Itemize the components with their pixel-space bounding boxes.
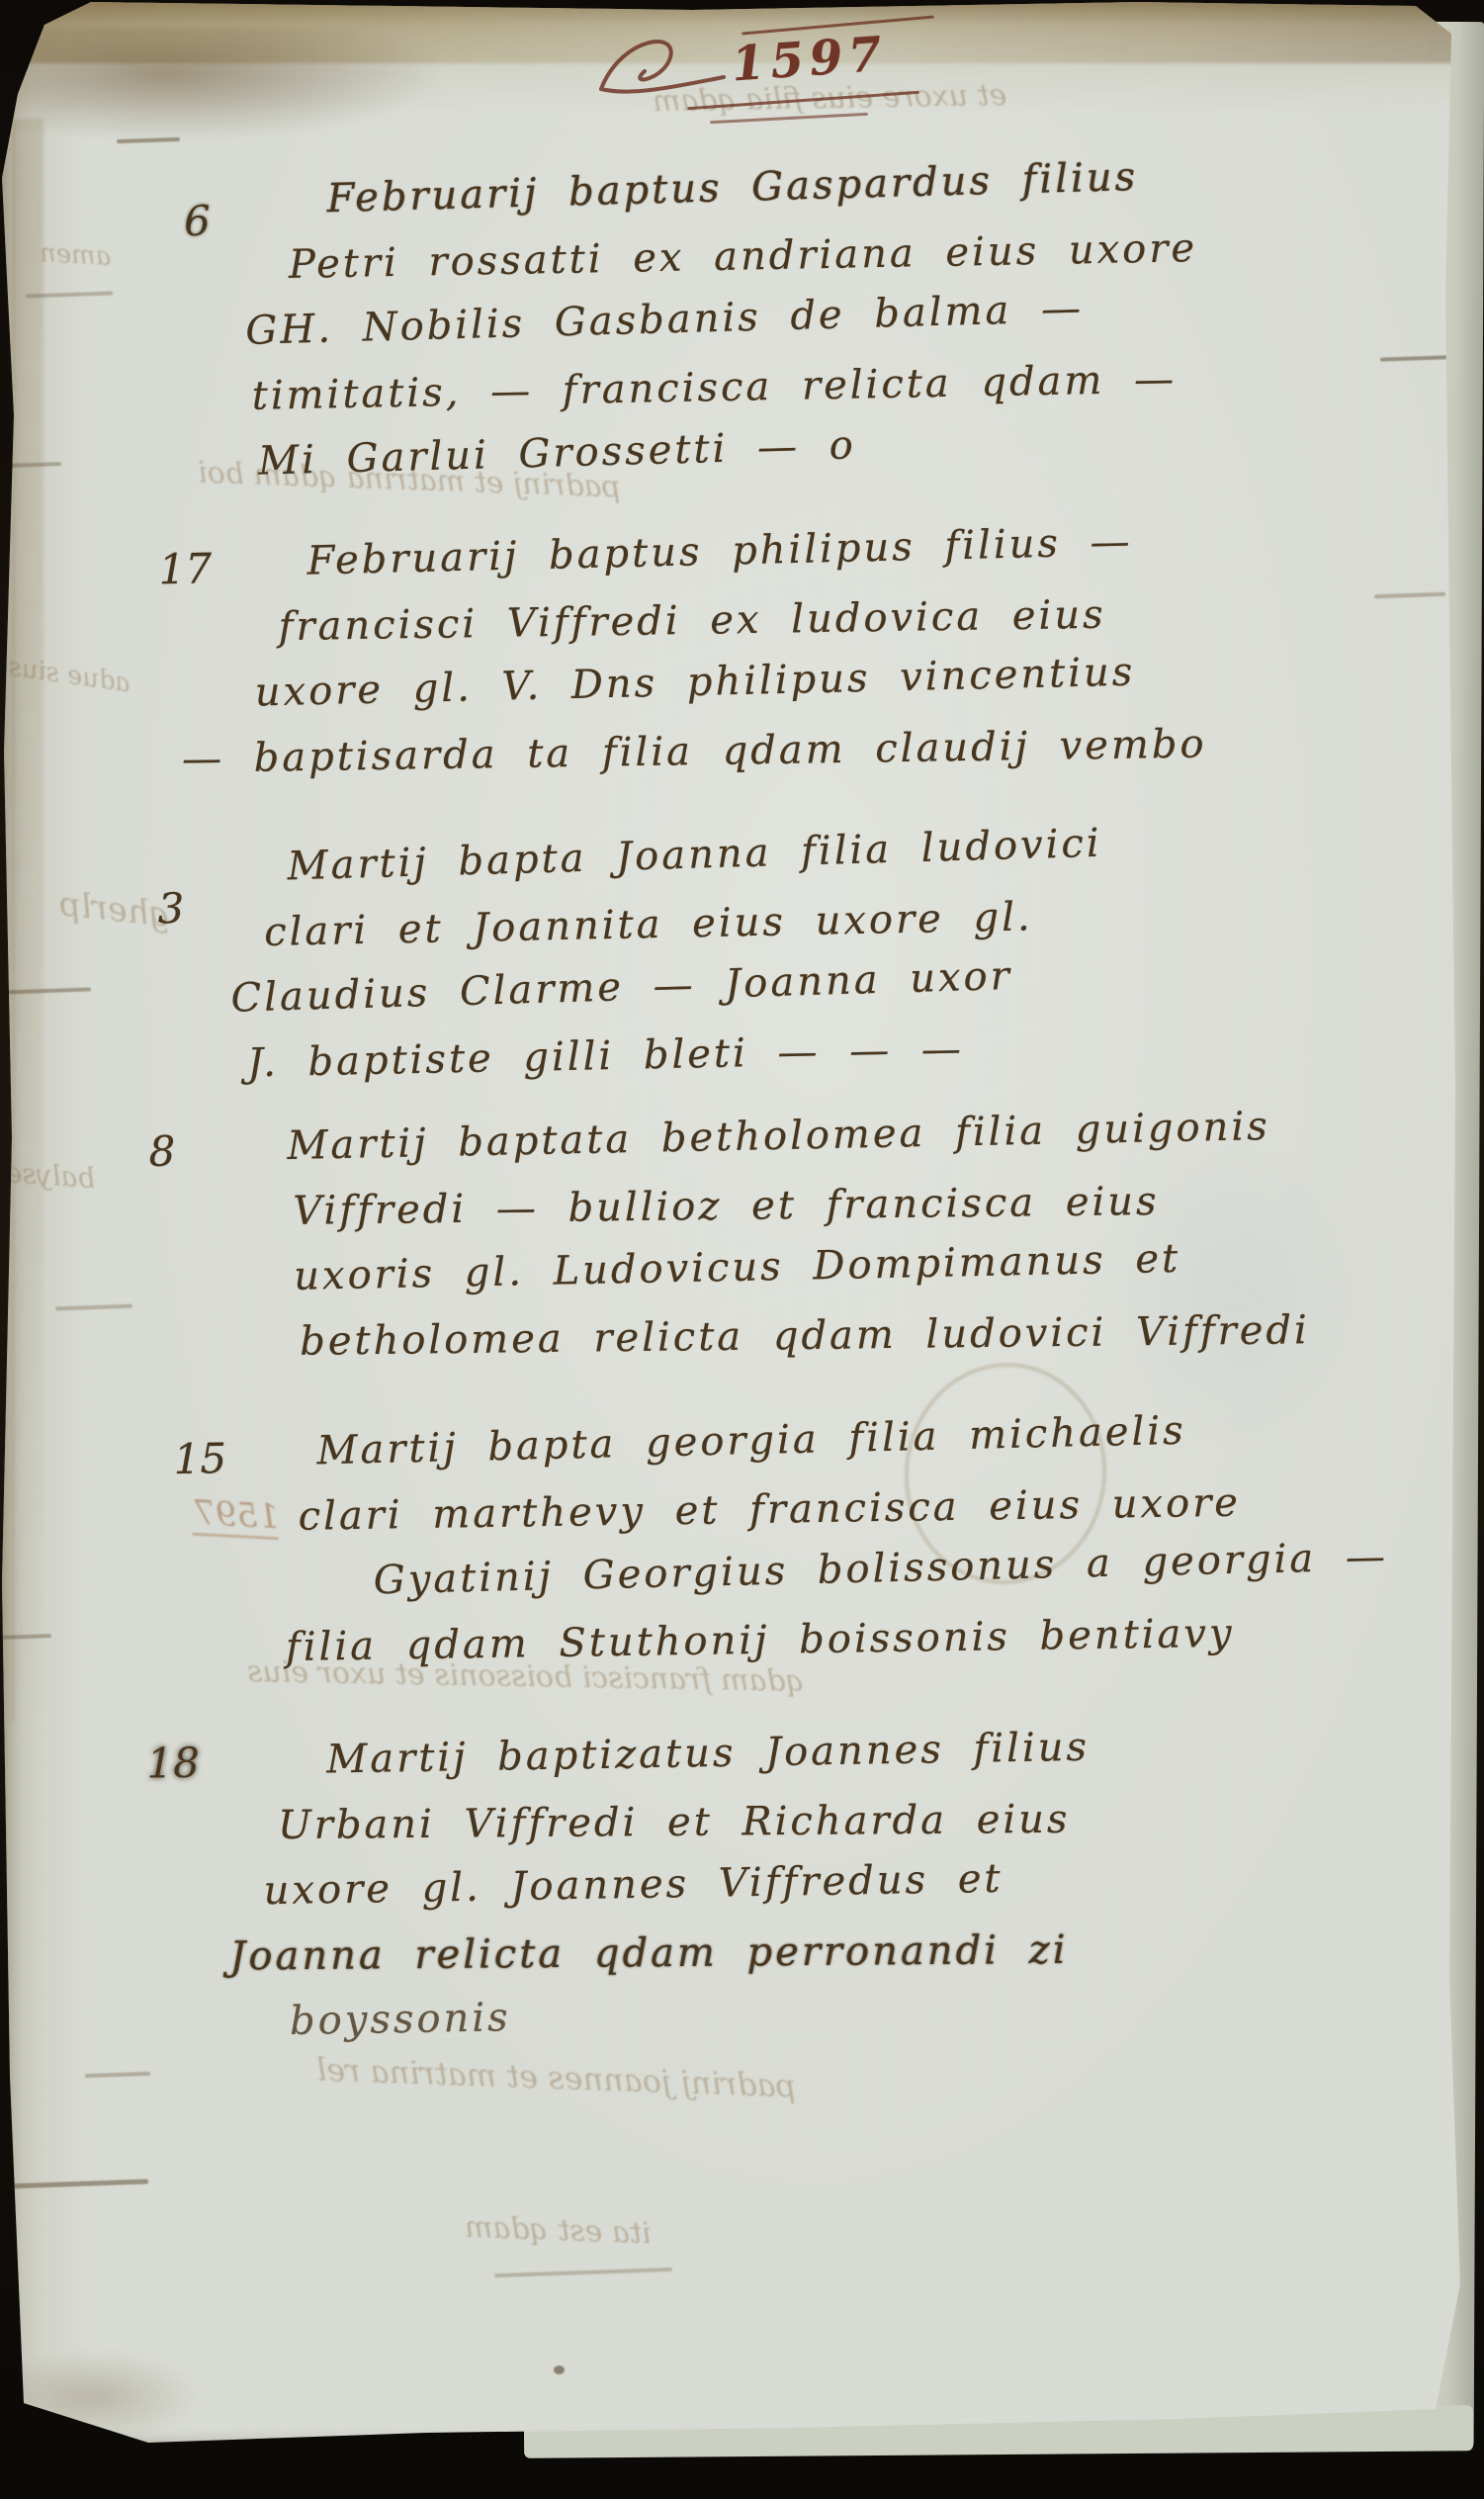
- entry-day-number: 6: [184, 197, 212, 246]
- manuscript-page: et uxore eius filia qdam amen padrinj et…: [0, 0, 1479, 2453]
- baptism-entry: 3 Martij bapta Joanna filia ludovici cla…: [0, 807, 1469, 1102]
- year-flourish-icon: [593, 28, 742, 117]
- entry-day-number: 3: [157, 884, 185, 934]
- baptism-entry: 18 Martij baptizatus Joannes filius Urba…: [0, 1716, 1466, 2057]
- photo-backdrop: et uxore eius filia qdam amen padrinj et…: [0, 0, 1484, 2499]
- entry-day-number: 15: [173, 1434, 226, 1483]
- baptism-entry: 6 Februarij baptus Gaspardus filius Petr…: [0, 142, 1470, 499]
- entry-line: Martij baptizatus Joannes filius: [326, 1708, 1464, 1792]
- baptism-entry: 15 Martij bapta georgia filia michaelis …: [0, 1398, 1467, 1685]
- bottom-left-stain: [0, 2352, 196, 2443]
- ink-speck: [554, 2365, 565, 2374]
- year-heading-group: 1597: [593, 14, 1008, 142]
- entry-day-number: 17: [158, 544, 212, 593]
- margin-dash: [0, 2179, 148, 2188]
- bleed-through-text: padrinj joannes et matrina rel: [315, 2051, 796, 2105]
- entry-line: Martij baptata betholomea filia guigonis: [287, 1090, 1464, 1179]
- entry-line: betholomea relicta qdam ludovici Viffred…: [300, 1295, 1467, 1374]
- top-left-stain: [0, 28, 445, 141]
- baptism-entry: 17 Februarij baptus philipus filius — fr…: [0, 508, 1467, 795]
- bottom-flourish-dash: [494, 2268, 672, 2277]
- year-heading: 1597: [730, 27, 889, 93]
- bleed-through-text: ita est qdam: [464, 2210, 652, 2252]
- entry-day-number: 8: [148, 1127, 175, 1176]
- margin-dash: [117, 137, 180, 143]
- entry-day-number: 18: [146, 1739, 200, 1788]
- margin-dash: [85, 2072, 150, 2078]
- baptism-entry: 8 Martij baptata betholomea filia guigon…: [0, 1097, 1467, 1379]
